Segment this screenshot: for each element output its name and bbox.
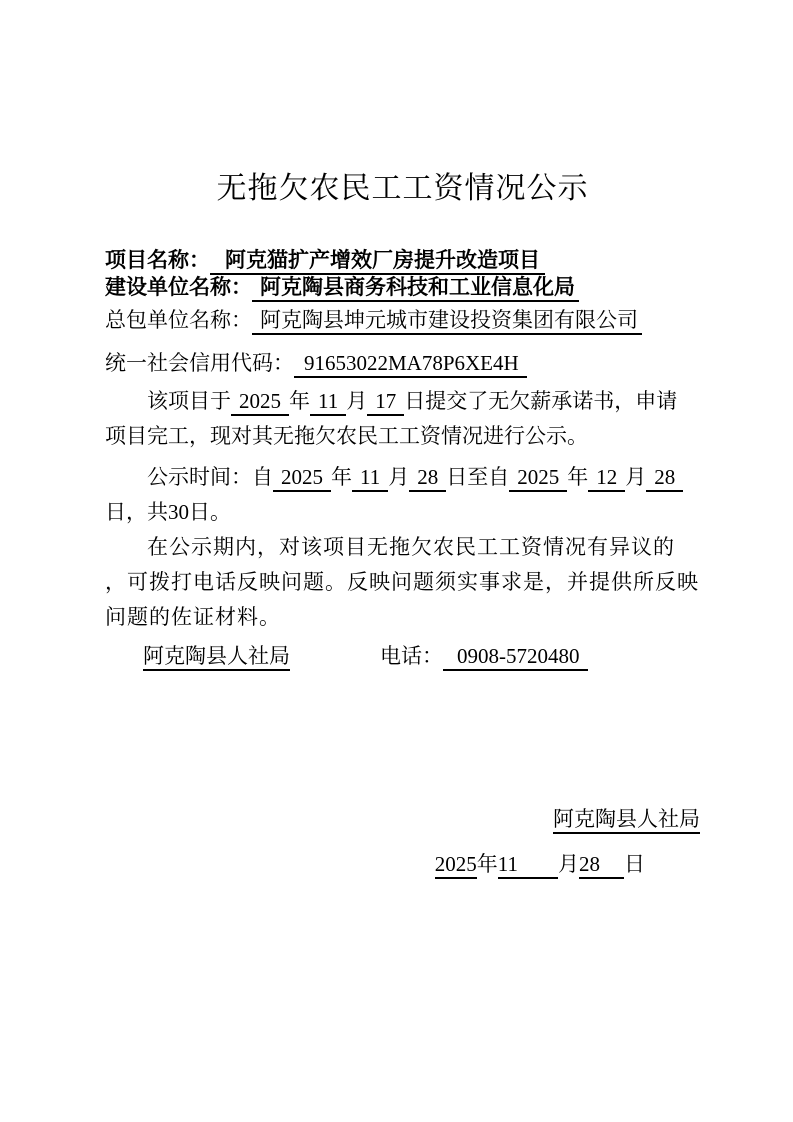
signature-date: 2025年11月28日 [105,850,700,878]
field-construction-unit: 建设单位名称：阿克陶县商务科技和工业信息化局 [105,274,700,301]
commitment-year-suffix: 年 [289,389,310,413]
signature-year: 2025 [435,852,477,879]
contact-line: 阿克陶县人社局电话：0908-5720480 [105,639,700,674]
signature-agency-line: 阿克陶县人社局 [105,805,700,833]
publicity-start-year-suffix: 年 [331,465,352,489]
field-list: 项目名称：阿克猫扩产增效厂房提升改造项目 建设单位名称：阿克陶县商务科技和工业信… [105,247,700,377]
publicity-text-3: 日，共30日。 [105,500,231,524]
objection-line-2: ，可拨打电话反映问题。反映问题须实事求是，并提供所反映 [105,570,699,594]
publicity-end-year: 2025 [509,465,567,492]
publicity-end-year-suffix: 年 [567,465,588,489]
document-title: 无拖欠农民工工资情况公示 [105,173,700,205]
field-project-name-label: 项目名称： [105,248,210,272]
field-credit-code-label: 统一社会信用代码： [105,351,294,375]
paragraph-commitment: 该项目于2025年11月17日提交了无欠薪承诺书，申请项目完工，现对其无拖欠农民… [105,384,700,454]
publicity-end-month: 12 [588,465,625,492]
publicity-start-year: 2025 [273,465,331,492]
commitment-day: 17 [367,389,404,416]
field-credit-code-value: 91653022MA78P6XE4H [294,351,527,378]
document-page: 无拖欠农民工工资情况公示 项目名称：阿克猫扩产增效厂房提升改造项目 建设单位名称… [0,0,793,1122]
objection-line-3: 问题的佐证材料。 [105,605,281,629]
signature-agency: 阿克陶县人社局 [553,807,700,834]
paragraph-publicity-period: 公示时间：自2025年11月28日至自2025年12月28日，共30日。 [105,460,700,530]
publicity-end-day: 28 [646,465,683,492]
signature-day-suffix: 日 [624,852,645,876]
field-construction-unit-value: 阿克陶县商务科技和工业信息化局 [252,275,579,302]
publicity-start-month: 11 [352,465,388,492]
field-general-contractor-value: 阿克陶县坤元城市建设投资集团有限公司 [252,308,642,335]
field-project-name: 项目名称：阿克猫扩产增效厂房提升改造项目 [105,247,700,274]
field-construction-unit-label: 建设单位名称： [105,275,252,299]
phone-label: 电话： [380,644,443,668]
commitment-text-2: 日提交了无欠薪承诺书，申请 [404,389,677,413]
commitment-year: 2025 [231,389,289,416]
commitment-text-3: 项目完工，现对其无拖欠农民工工资情况进行公示。 [105,424,588,448]
publicity-text: 公示时间：自 [147,465,273,489]
objection-line-1: 在公示期内，对该项目无拖欠农民工工资情况有异议的 [147,535,675,559]
publicity-text-2: 日至自 [446,465,509,489]
publicity-end-month-suffix: 月 [625,465,646,489]
paragraph-objection: 在公示期内，对该项目无拖欠农民工工资情况有异议的，可拨打电话反映问题。反映问题须… [105,530,700,635]
field-credit-code: 统一社会信用代码：91653022MA78P6XE4H [105,350,700,377]
commitment-text: 该项目于 [147,389,231,413]
commitment-month-suffix: 月 [346,389,367,413]
publicity-start-day: 28 [409,465,446,492]
field-general-contractor: 总包单位名称：阿克陶县坤元城市建设投资集团有限公司 [105,307,700,334]
publicity-start-month-suffix: 月 [388,465,409,489]
field-general-contractor-label: 总包单位名称： [105,308,252,332]
signature-month: 11 [498,852,558,879]
phone-number: 0908-5720480 [443,644,588,671]
contact-agency: 阿克陶县人社局 [143,644,290,671]
signature-month-suffix: 月 [558,852,579,876]
field-project-name-value: 阿克猫扩产增效厂房提升改造项目 [210,248,545,275]
commitment-month: 11 [310,389,346,416]
signature-year-suffix: 年 [477,852,498,876]
signature-day: 28 [579,852,624,879]
